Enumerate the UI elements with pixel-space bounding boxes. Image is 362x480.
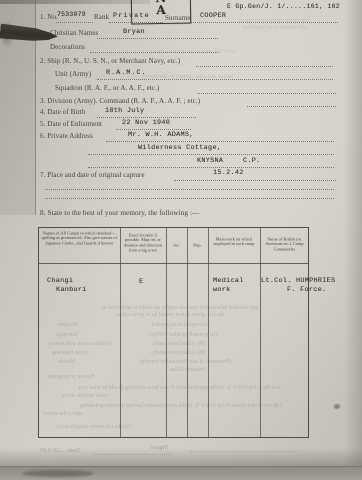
dotted-leader	[196, 65, 333, 67]
date-of-birth-value: 18th July	[105, 107, 144, 115]
rank-value: Private	[113, 12, 150, 20]
main-work-1: Medical	[213, 277, 244, 285]
bottom-scan-strip	[0, 466, 362, 480]
squadron-label: Squadron (R. A. F., or A. A. F., etc.)	[55, 85, 159, 93]
camp-commander-1: Lt.Col. HUMPHRIES	[261, 277, 335, 285]
bleedthrough-line: and answer every question	[243, 25, 307, 32]
dotted-leader	[45, 188, 334, 190]
dotted-leader	[45, 197, 334, 199]
dotted-leader	[116, 128, 191, 130]
capture-label: 7. Place and date of original capture	[40, 172, 145, 180]
bleedthrough-line: (Personnel of any Nationality friendly	[140, 359, 231, 366]
bottom-left-blotch	[22, 470, 94, 477]
header-departed: Dep.	[188, 243, 207, 250]
surname-value: COOPER	[200, 12, 226, 20]
division-label: 3. Division (Army). Command (R. A. F., A…	[40, 98, 200, 106]
header-main-work: Main work on which employed in each camp	[210, 237, 258, 252]
bleedthrough-line: Collaboration with enemy	[48, 341, 111, 348]
right-edge-shadow	[344, 0, 362, 480]
bleedthrough-line: Attempted or successful.	[150, 322, 209, 329]
top-edge-shadow	[0, 0, 150, 4]
dotted-leader	[88, 166, 334, 168]
bleedthrough-line: before and after capture by the enemy	[142, 74, 233, 81]
bleedthrough-signed: Signed	[150, 444, 168, 451]
bleedthrough-line: (By Allied personnel).	[152, 350, 206, 357]
table-header-separator	[38, 263, 309, 264]
header-arrived: Arr.	[167, 243, 186, 250]
dotted-leader	[197, 92, 336, 94]
camp-location: E	[139, 278, 143, 286]
dotted-leader	[97, 37, 218, 39]
dotted-leader	[56, 21, 93, 23]
bleedthrough-line: (to yourself or other POWs).	[148, 332, 217, 339]
bleedthrough-line: towards Allies.	[168, 367, 204, 374]
address-line3-province: C.P.	[243, 157, 261, 165]
surname-label: Surname	[165, 15, 191, 23]
camp-name-1: Changi	[47, 277, 73, 285]
decorations-label: Decorations	[50, 44, 85, 52]
dotted-leader	[97, 116, 196, 118]
file-reference: E Gp.Gen/J. 1/.....161, 162	[227, 3, 340, 10]
bleedthrough-line: Enemy propaganda	[48, 374, 94, 381]
header-commander: Name of British (or American etc.). Camp…	[262, 237, 307, 259]
enlistment-label: 5. Date of Enlistment	[40, 121, 102, 129]
bleedthrough-line: Sabotage	[55, 332, 77, 339]
bleedthrough-line: have written above.	[60, 393, 107, 400]
service-number: 7533079	[57, 11, 86, 18]
dotted-leader	[88, 153, 334, 155]
address-line2: Wilderness Cottage,	[138, 144, 221, 152]
unit-value: R.A.M.C.	[106, 69, 147, 77]
bleedthrough-line: Aerial bombing	[52, 350, 90, 357]
dotted-leader	[109, 21, 163, 23]
address-line1: Mr. W.H. ADAMS,	[128, 131, 194, 139]
unit-label: Unit (Army)	[55, 71, 91, 79]
dotted-leader	[174, 179, 336, 181]
enlistment-value: 22 Nov 1940	[122, 119, 170, 127]
dotted-leader	[190, 450, 300, 452]
header-camps: Names of All Camps in which detained—spe…	[41, 231, 118, 253]
bleedthrough-line: any detailed information you can supply …	[48, 305, 312, 312]
bleedthrough-line: (Strike out where inapplicable).	[55, 424, 131, 431]
scanned-pow-questionnaire-page: E Gp.Gen/J. 1/.....161, 162 N A 1. No. 7…	[0, 0, 362, 480]
bleedthrough-line: Give full particulars of your service	[150, 49, 236, 56]
ship-label: 2. Ship (R. N., U. S. N., or Merchant Na…	[40, 58, 180, 66]
bleedthrough-line: Use block capitals throughout	[238, 18, 310, 25]
dotted-leader	[106, 140, 334, 142]
dotted-leader	[247, 105, 336, 107]
main-work-2: work	[213, 286, 231, 294]
header-location: Exact location if possible. Map ref. or …	[122, 233, 164, 262]
capture-value: 15.2.42	[213, 169, 244, 177]
camp-commander-2: F. Force.	[287, 286, 326, 294]
camp-name-2: Kanburi	[56, 286, 87, 294]
ink-spot	[334, 404, 340, 409]
bleedthrough-line: Escapes	[58, 322, 77, 329]
rank-label: Rank	[94, 14, 109, 22]
bleedthrough-line: (By Allied personnel).	[152, 341, 206, 348]
bleedthrough-line: Morale	[58, 359, 75, 366]
bleedthrough-line: the few given below would be of great va…	[70, 312, 270, 319]
private-address-label: 6. Private Address	[40, 133, 93, 141]
bleedthrough-line: Ask the E.Gp.Coy/J. E. of the questionna…	[45, 385, 315, 392]
bleedthrough-line: I desire/do not desire E.Gp.Coy/J. E. of…	[45, 403, 317, 410]
bleedthrough-line: add to the above.	[42, 411, 83, 418]
bleedthrough-date: Date.....28.9.45	[40, 447, 80, 454]
date-of-birth-label: 4. Date of Birth	[40, 109, 86, 117]
address-line3-town: KNYSNA	[197, 157, 223, 165]
memory-statement-label: 8. State to the best of your memory, the…	[40, 210, 199, 218]
christian-names-label: Christian Names	[50, 30, 98, 38]
dotted-leader	[93, 453, 171, 455]
no-label: 1. No.	[40, 14, 58, 22]
christian-names-value: Bryan	[123, 28, 145, 36]
